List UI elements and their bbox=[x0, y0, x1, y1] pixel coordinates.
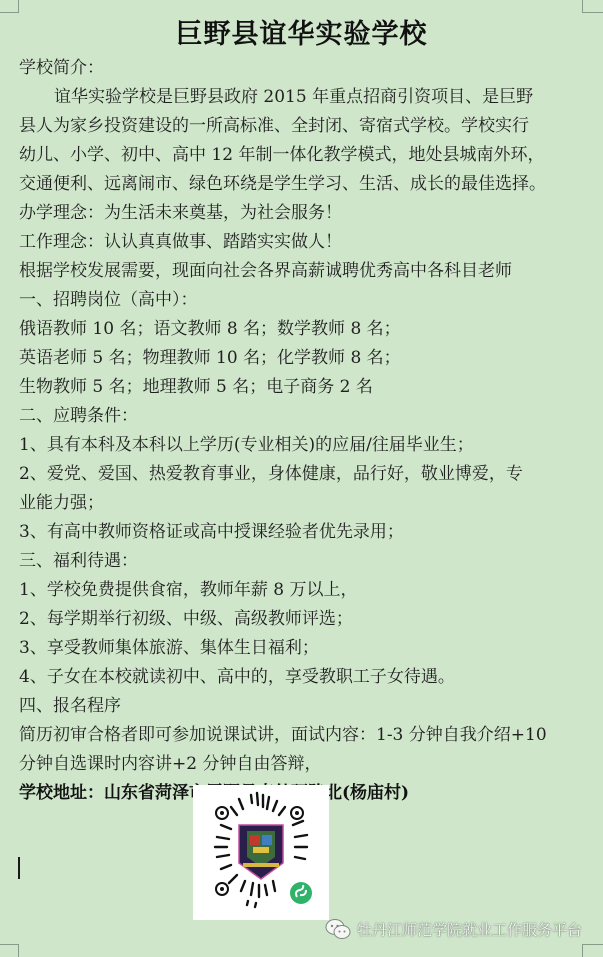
benefit-line: 1、学校免费提供食宿，教师年薪 8 万以上， bbox=[19, 576, 589, 605]
mini-program-logo-icon bbox=[290, 882, 312, 904]
watermark-text: 牡丹江师范学院就业工作服务平台 bbox=[357, 919, 582, 940]
school-philosophy: 办学理念：为生活未来奠基，为社会服务！ bbox=[19, 199, 589, 228]
requirements-heading: 二、应聘条件： bbox=[19, 402, 589, 431]
benefit-line: 2、每学期举行初级、中级、高级教师评选； bbox=[19, 605, 589, 634]
benefit-line: 4、子女在本校就读初中、高中的，享受教职工子女待遇。 bbox=[19, 663, 589, 692]
requirement-line: 1、具有本科及本科以上学历(专业相关)的应届/往届毕业生； bbox=[19, 431, 589, 460]
procedure-line: 简历初审合格者即可参加说课试讲，面试内容：1-3 分钟自我介绍+10 bbox=[19, 721, 589, 750]
position-line: 英语老师 5 名；物理教师 10 名；化学教师 8 名； bbox=[19, 344, 589, 373]
work-philosophy: 工作理念：认认真真做事、踏踏实实做人！ bbox=[19, 228, 589, 257]
document-body: 学校简介： 谊华实验学校是巨野县政府 2015 年重点招商引资项目、是巨野 县人… bbox=[19, 54, 589, 808]
intro-heading: 学校简介： bbox=[19, 54, 589, 83]
benefit-line: 3、享受教师集体旅游、集体生日福利； bbox=[19, 634, 589, 663]
procedure-heading: 四、报名程序 bbox=[19, 692, 589, 721]
intro-line: 谊华实验学校是巨野县政府 2015 年重点招商引资项目、是巨野 bbox=[19, 83, 589, 112]
requirement-line: 2、爱党、爱国、热爱教育事业，身体健康，品行好，敬业博爱，专 bbox=[19, 460, 589, 489]
position-line: 俄语教师 10 名；语文教师 8 名；数学教师 8 名； bbox=[19, 315, 589, 344]
mini-program-qr-code[interactable] bbox=[193, 785, 329, 920]
page-corner-mark bbox=[0, 944, 19, 957]
positions-heading: 一、招聘岗位（高中）： bbox=[19, 286, 589, 315]
qr-code-icon bbox=[193, 785, 329, 920]
page-corner-mark bbox=[582, 944, 603, 957]
intro-line: 县人为家乡投资建设的一所高标准、全封闭、寄宿式学校。学校实行 bbox=[19, 112, 589, 141]
source-watermark: 牡丹江师范学院就业工作服务平台 bbox=[325, 915, 582, 943]
recruit-intro: 根据学校发展需要，现面向社会各界高薪诚聘优秀高中各科目老师 bbox=[19, 257, 589, 286]
requirement-line: 业能力强； bbox=[19, 489, 589, 518]
intro-line: 幼儿、小学、初中、高中 12 年制一体化教学模式，地处县城南外环， bbox=[19, 141, 589, 170]
document-page: 巨野县谊华实验学校 学校简介： 谊华实验学校是巨野县政府 2015 年重点招商引… bbox=[0, 0, 603, 957]
document-title: 巨野县谊华实验学校 bbox=[0, 12, 603, 51]
requirement-line: 3、有高中教师资格证或高中授课经验者优先录用； bbox=[19, 518, 589, 547]
position-line: 生物教师 5 名；地理教师 5 名；电子商务 2 名 bbox=[19, 373, 589, 402]
intro-line: 交通便利、远离闹市、绿色环绕是学生学习、生活、成长的最佳选择。 bbox=[19, 170, 589, 199]
text-cursor bbox=[18, 857, 20, 879]
procedure-line: 分钟自选课时内容讲+2 分钟自由答辩， bbox=[19, 750, 589, 779]
benefits-heading: 三、福利待遇： bbox=[19, 547, 589, 576]
wechat-icon bbox=[325, 918, 351, 940]
